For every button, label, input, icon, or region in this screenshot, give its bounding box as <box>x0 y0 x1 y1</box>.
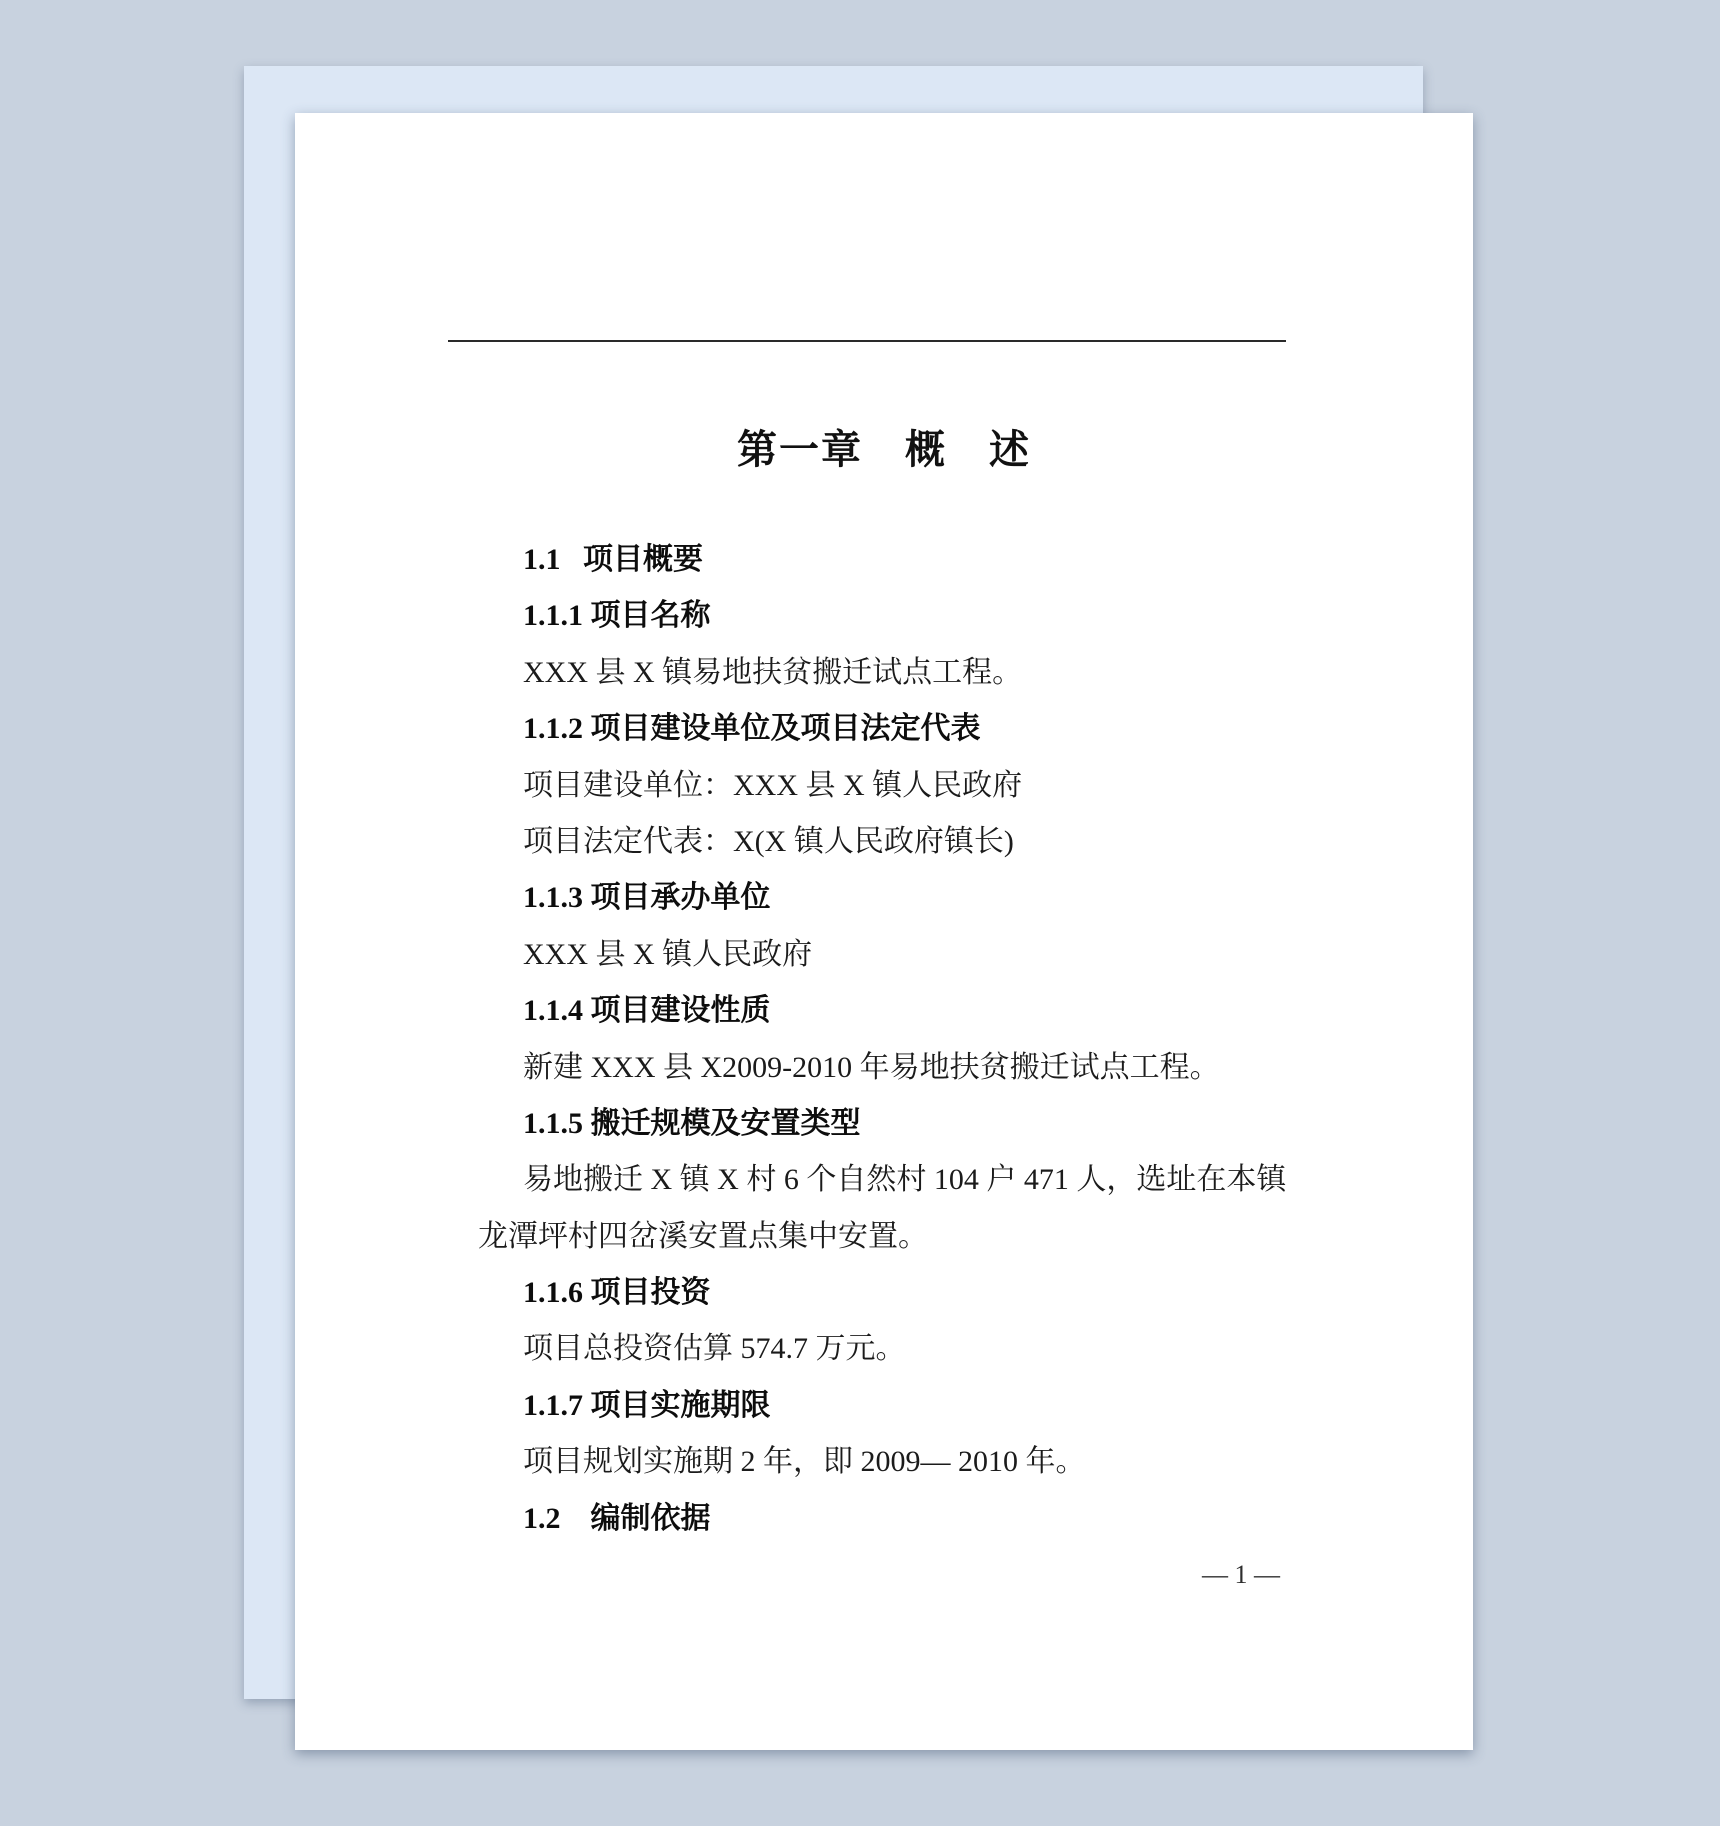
paragraph-construction-nature: 新建 XXX 县 X2009-2010 年易地扶贫搬迁试点工程。 <box>478 1040 1323 1096</box>
document-body: 1.1 项目概要 1.1.1 项目名称 XXX 县 X 镇易地扶贫搬迁试点工程。… <box>478 532 1323 1547</box>
heading-1-1-5: 1.1.5 搬迁规模及安置类型 <box>478 1096 1323 1152</box>
page-number: — 1 — <box>1202 1560 1280 1590</box>
paragraph-relocation-scale-1: 易地搬迁 X 镇 X 村 6 个自然村 104 户 471 人，选址在本镇 <box>478 1152 1323 1208</box>
heading-1-1-3: 1.1.3 项目承办单位 <box>478 870 1323 926</box>
paragraph-investment: 项目总投资估算 574.7 万元。 <box>478 1321 1323 1377</box>
header-rule-divider <box>448 340 1286 342</box>
paragraph-undertaking-unit: XXX 县 X 镇人民政府 <box>478 927 1323 983</box>
heading-1-1-2: 1.1.2 项目建设单位及项目法定代表 <box>478 701 1323 757</box>
heading-1-1-7: 1.1.7 项目实施期限 <box>478 1378 1323 1434</box>
paragraph-legal-representative: 项目法定代表：X(X 镇人民政府镇长) <box>478 814 1323 870</box>
heading-1-1: 1.1 项目概要 <box>478 532 1323 588</box>
heading-1-1-1: 1.1.1 项目名称 <box>478 588 1323 644</box>
document-page: 第一章 概 述 1.1 项目概要 1.1.1 项目名称 XXX 县 X 镇易地扶… <box>295 113 1473 1750</box>
desktop-background: { "document": { "title": "第一章 概 述", "lin… <box>0 0 1720 1826</box>
chapter-title: 第一章 概 述 <box>295 418 1473 475</box>
paragraph-construction-unit: 项目建设单位：XXX 县 X 镇人民政府 <box>478 758 1323 814</box>
paragraph-implementation-period: 项目规划实施期 2 年，即 2009— 2010 年。 <box>478 1434 1323 1490</box>
paragraph-relocation-scale-2: 龙潭坪村四岔溪安置点集中安置。 <box>478 1209 1323 1265</box>
heading-1-1-4: 1.1.4 项目建设性质 <box>478 983 1323 1039</box>
heading-1-2: 1.2 编制依据 <box>478 1491 1323 1547</box>
paragraph-project-name: XXX 县 X 镇易地扶贫搬迁试点工程。 <box>478 645 1323 701</box>
heading-1-1-6: 1.1.6 项目投资 <box>478 1265 1323 1321</box>
